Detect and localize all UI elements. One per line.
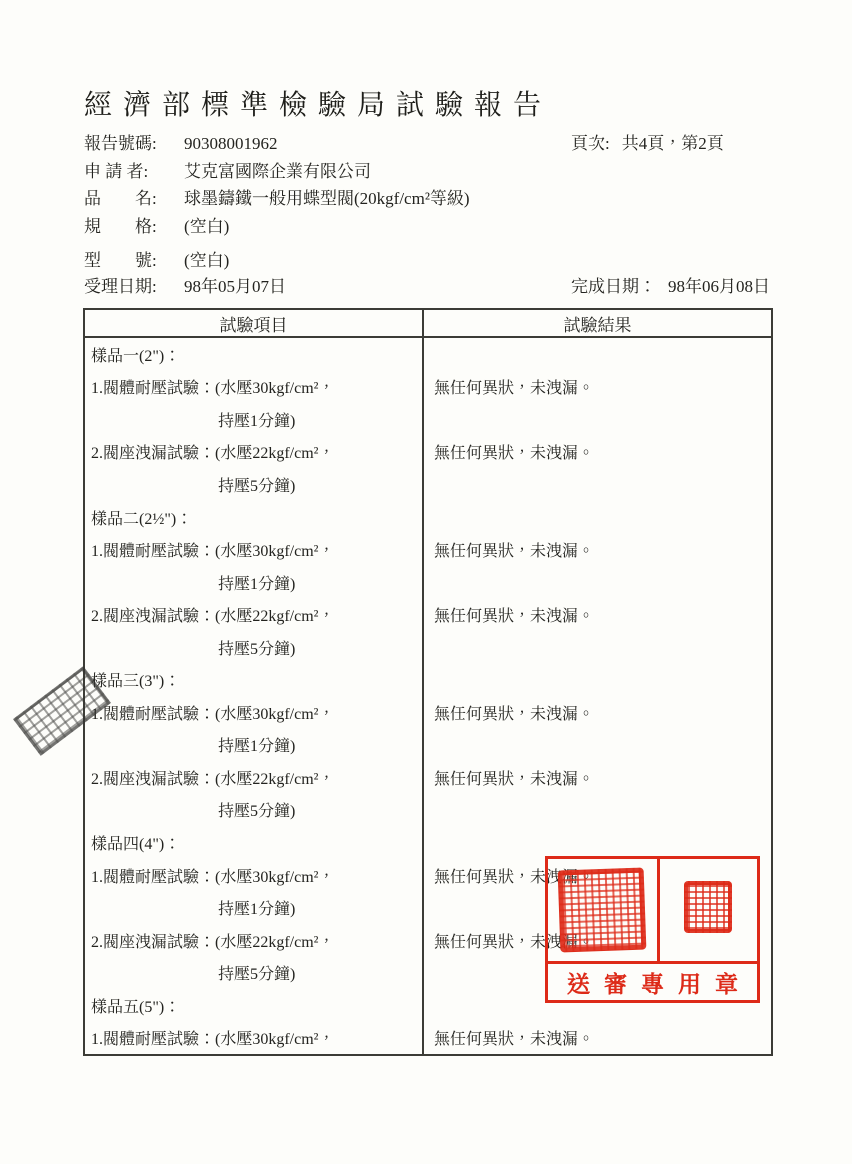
table-body: 樣品一(2")：1.閥體耐壓試驗：(水壓30kgf/cm²，無任何異狀，未洩漏。… — [85, 338, 771, 1054]
applicant-label: 申 請 者: — [84, 157, 170, 182]
table-row: 2.閥座洩漏試驗：(水壓22kgf/cm²，無任何異狀，未洩漏。 — [85, 924, 771, 957]
dates-line: 受理日期:98年05月07日 完成日期：98年06月08日 — [84, 272, 286, 297]
test-result-cell — [424, 631, 771, 664]
model-label: 型 號: — [84, 246, 170, 271]
test-result-cell: 無任何異狀，未洩漏。 — [424, 761, 771, 794]
page-title: 經濟部標準檢驗局試驗報告 — [84, 83, 552, 123]
test-item-cell: 1.閥體耐壓試驗：(水壓30kgf/cm²， — [85, 533, 424, 566]
test-item-cell: 2.閥座洩漏試驗：(水壓22kgf/cm²， — [85, 924, 424, 957]
test-item-cell: 持壓5分鐘) — [85, 468, 424, 501]
table-row: 1.閥體耐壓試驗：(水壓30kgf/cm²，無任何異狀，未洩漏。 — [85, 371, 771, 404]
table-row: 持壓1分鐘) — [85, 729, 771, 762]
table-header-row: 試驗項目 試驗結果 — [85, 310, 771, 338]
test-result-cell: 無任何異狀，未洩漏。 — [424, 533, 771, 566]
test-item-cell: 1.閥體耐壓試驗：(水壓30kgf/cm²， — [85, 1021, 424, 1054]
test-item-cell: 樣品五(5")： — [85, 989, 424, 1022]
product-value: 球墨鑄鐵一般用蝶型閥(20kgf/cm²等級) — [184, 189, 470, 208]
report-number-line: 報告號碼:90308001962 頁次:共4頁，第2頁 — [84, 129, 278, 154]
table-row: 1.閥體耐壓試驗：(水壓30kgf/cm²，無任何異狀，未洩漏。 — [85, 1021, 771, 1054]
column-header-test-result: 試驗結果 — [424, 310, 771, 336]
test-result-cell: 無任何異狀，未洩漏。 — [424, 859, 771, 892]
table-row: 持壓5分鐘) — [85, 631, 771, 664]
complete-date-label: 完成日期： — [571, 272, 656, 297]
test-result-cell — [424, 663, 771, 696]
test-report-page: 經濟部標準檢驗局試驗報告 報告號碼:90308001962 頁次:共4頁，第2頁… — [0, 0, 852, 1164]
test-result-cell: 無任何異狀，未洩漏。 — [424, 924, 771, 957]
table-row: 2.閥座洩漏試驗：(水壓22kgf/cm²，無任何異狀，未洩漏。 — [85, 598, 771, 631]
page-index: 頁次:共4頁，第2頁 — [571, 129, 724, 154]
spec-value: (空白) — [184, 217, 229, 236]
table-row: 樣品一(2")： — [85, 338, 771, 371]
table-row: 持壓1分鐘) — [85, 566, 771, 599]
test-item-cell: 2.閥座洩漏試驗：(水壓22kgf/cm²， — [85, 436, 424, 469]
table-row: 樣品五(5")： — [85, 989, 771, 1022]
test-item-cell: 持壓1分鐘) — [85, 403, 424, 436]
test-item-cell: 持壓1分鐘) — [85, 566, 424, 599]
model-line: 型 號:(空白) — [84, 246, 229, 271]
product-line: 品 名:球墨鑄鐵一般用蝶型閥(20kgf/cm²等級) — [84, 184, 470, 209]
column-header-test-item: 試驗項目 — [85, 310, 424, 336]
test-result-cell — [424, 989, 771, 1022]
table-row: 持壓1分鐘) — [85, 891, 771, 924]
test-item-cell: 樣品二(2½")： — [85, 501, 424, 534]
test-result-cell: 無任何異狀，未洩漏。 — [424, 696, 771, 729]
test-item-cell: 持壓1分鐘) — [85, 729, 424, 762]
table-row: 樣品二(2½")： — [85, 501, 771, 534]
test-result-cell: 無任何異狀，未洩漏。 — [424, 371, 771, 404]
test-item-cell: 2.閥座洩漏試驗：(水壓22kgf/cm²， — [85, 761, 424, 794]
test-item-cell: 持壓5分鐘) — [85, 956, 424, 989]
test-result-cell — [424, 794, 771, 827]
test-result-cell — [424, 566, 771, 599]
applicant-value: 艾克富國際企業有限公司 — [184, 162, 371, 181]
table-row: 持壓5分鐘) — [85, 468, 771, 501]
table-row: 1.閥體耐壓試驗：(水壓30kgf/cm²，無任何異狀，未洩漏。 — [85, 696, 771, 729]
test-item-cell: 2.閥座洩漏試驗：(水壓22kgf/cm²， — [85, 598, 424, 631]
applicant-line: 申 請 者:艾克富國際企業有限公司 — [84, 157, 371, 182]
test-result-cell — [424, 891, 771, 924]
accept-date-value: 98年05月07日 — [184, 277, 286, 296]
table-row: 樣品四(4")： — [85, 826, 771, 859]
product-label: 品 名: — [84, 184, 170, 209]
test-result-cell: 無任何異狀，未洩漏。 — [424, 436, 771, 469]
test-results-table: 試驗項目 試驗結果 樣品一(2")：1.閥體耐壓試驗：(水壓30kgf/cm²，… — [83, 308, 773, 1056]
test-item-cell: 樣品一(2")： — [85, 338, 424, 371]
model-value: (空白) — [184, 251, 229, 270]
test-item-cell: 持壓1分鐘) — [85, 891, 424, 924]
test-result-cell: 無任何異狀，未洩漏。 — [424, 598, 771, 631]
table-row: 2.閥座洩漏試驗：(水壓22kgf/cm²，無任何異狀，未洩漏。 — [85, 761, 771, 794]
test-item-cell: 1.閥體耐壓試驗：(水壓30kgf/cm²， — [85, 696, 424, 729]
report-number-value: 90308001962 — [184, 134, 278, 153]
test-item-cell: 持壓5分鐘) — [85, 794, 424, 827]
table-row: 樣品三(3")： — [85, 663, 771, 696]
table-row: 1.閥體耐壓試驗：(水壓30kgf/cm²，無任何異狀，未洩漏。 — [85, 533, 771, 566]
test-result-cell — [424, 501, 771, 534]
report-number-label: 報告號碼: — [84, 129, 170, 154]
test-item-cell: 1.閥體耐壓試驗：(水壓30kgf/cm²， — [85, 859, 424, 892]
accept-date-label: 受理日期: — [84, 272, 170, 297]
spec-line: 規 格:(空白) — [84, 212, 229, 237]
test-result-cell — [424, 338, 771, 371]
spec-label: 規 格: — [84, 212, 170, 237]
table-row: 2.閥座洩漏試驗：(水壓22kgf/cm²，無任何異狀，未洩漏。 — [85, 436, 771, 469]
table-row: 持壓1分鐘) — [85, 403, 771, 436]
test-result-cell — [424, 729, 771, 762]
test-result-cell: 無任何異狀，未洩漏。 — [424, 1021, 771, 1054]
test-result-cell — [424, 826, 771, 859]
complete-date: 完成日期：98年06月08日 — [571, 272, 770, 297]
page-index-label: 頁次: — [571, 129, 610, 154]
complete-date-value: 98年06月08日 — [668, 277, 770, 296]
test-result-cell — [424, 468, 771, 501]
page-index-value: 共4頁，第2頁 — [622, 134, 724, 153]
table-row: 持壓5分鐘) — [85, 794, 771, 827]
test-item-cell: 1.閥體耐壓試驗：(水壓30kgf/cm²， — [85, 371, 424, 404]
test-item-cell: 樣品四(4")： — [85, 826, 424, 859]
test-item-cell: 持壓5分鐘) — [85, 631, 424, 664]
test-result-cell — [424, 403, 771, 436]
test-item-cell: 樣品三(3")： — [85, 663, 424, 696]
test-result-cell — [424, 956, 771, 989]
table-row: 1.閥體耐壓試驗：(水壓30kgf/cm²，無任何異狀，未洩漏。 — [85, 859, 771, 892]
table-row: 持壓5分鐘) — [85, 956, 771, 989]
